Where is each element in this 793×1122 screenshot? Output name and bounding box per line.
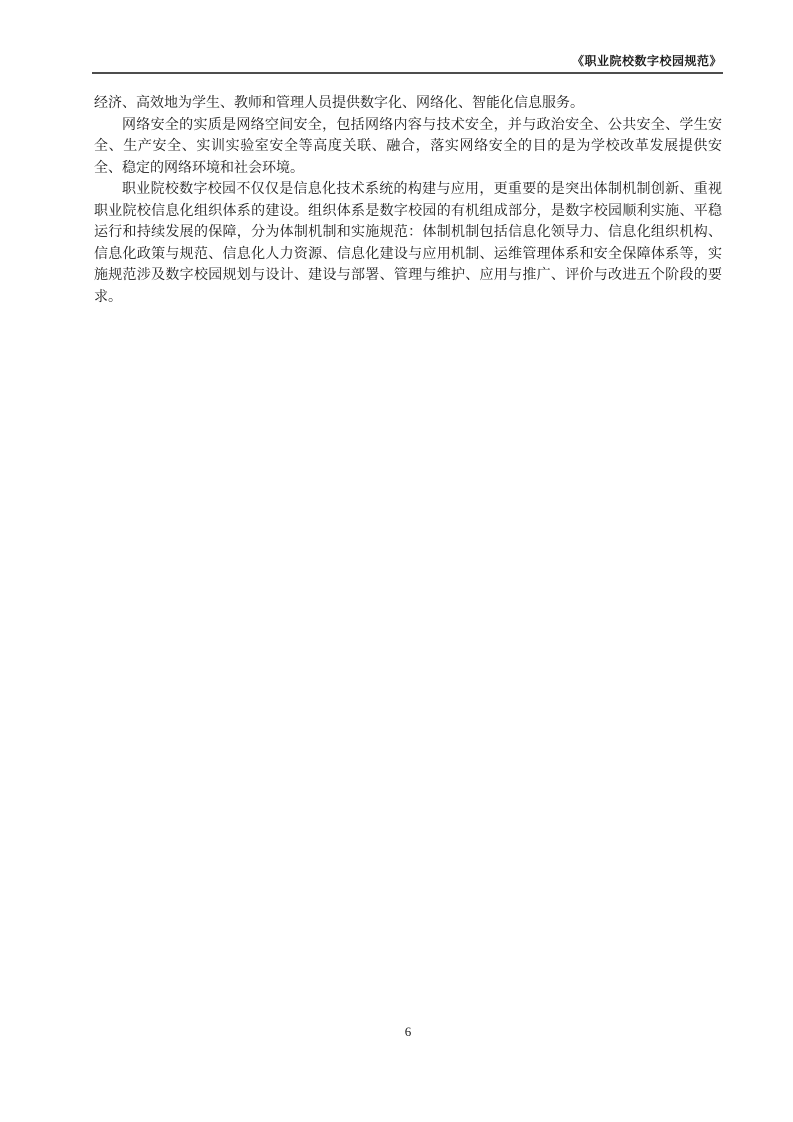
page-footer: 6 — [94, 1024, 722, 1040]
paragraph-organization-system: 职业院校数字校园不仅仅是信息化技术系统的构建与应用，更重要的是突出体制机制创新、… — [94, 179, 722, 308]
paragraph-service: 经济、高效地为学生、教师和管理人员提供数字化、网络化、智能化信息服务。 — [94, 93, 722, 115]
paragraph-network-security: 网络安全的实质是网络空间安全，包括网络内容与技术安全，并与政治安全、公共安全、学… — [94, 115, 722, 180]
document-body: 经济、高效地为学生、教师和管理人员提供数字化、网络化、智能化信息服务。 网络安全… — [94, 93, 722, 308]
page-number: 6 — [405, 1024, 412, 1039]
header-rule — [92, 72, 723, 74]
page-header: 《职业院校数字校园规范》 — [94, 52, 722, 69]
document-page: 《职业院校数字校园规范》 经济、高效地为学生、教师和管理人员提供数字化、网络化、… — [0, 0, 793, 1122]
document-title: 《职业院校数字校园规范》 — [572, 54, 722, 68]
